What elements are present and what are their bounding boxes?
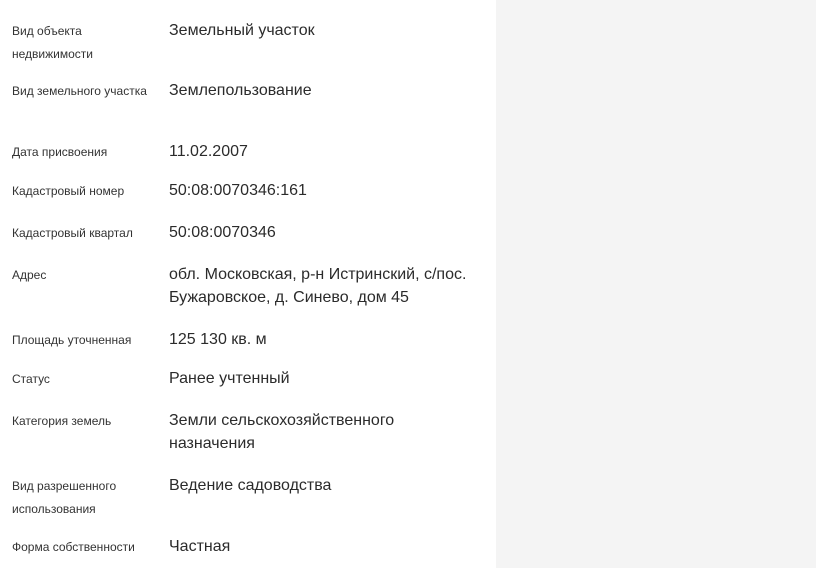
- property-label: Кадастровый номер: [12, 180, 152, 203]
- property-details-panel: Вид объекта недвижимости Земельный участ…: [0, 0, 496, 568]
- property-label: Адрес: [12, 264, 152, 287]
- property-label: Вид разрешенного использования: [12, 475, 132, 521]
- property-value[interactable]: 50:08:0070346:161: [169, 179, 479, 202]
- property-value: Ведение садоводства: [169, 474, 479, 497]
- side-panel: [496, 0, 816, 568]
- property-value: 125 130 кв. м: [169, 328, 479, 351]
- property-label: Категория земель: [12, 410, 152, 433]
- property-value: Ранее учтенный: [169, 367, 479, 390]
- property-value[interactable]: 50:08:0070346: [169, 221, 479, 244]
- property-value: 11.02.2007: [169, 140, 479, 163]
- property-label: Кадастровый квартал: [12, 222, 152, 245]
- property-label: Дата присвоения: [12, 141, 152, 164]
- property-value: Землепользование: [169, 79, 479, 102]
- property-label: Вид земельного участка: [12, 80, 152, 103]
- property-value: Земли сельскохозяйственного назначения: [169, 409, 429, 455]
- property-value: Земельный участок: [169, 19, 479, 42]
- property-label: Площадь уточненная: [12, 329, 152, 352]
- property-label: Статус: [12, 368, 152, 391]
- property-label: Вид объекта недвижимости: [12, 20, 152, 66]
- property-value: обл. Московская, р-н Истринский, с/пос. …: [169, 263, 469, 309]
- property-label: Форма собственности: [12, 536, 162, 559]
- property-value: Частная: [169, 535, 479, 558]
